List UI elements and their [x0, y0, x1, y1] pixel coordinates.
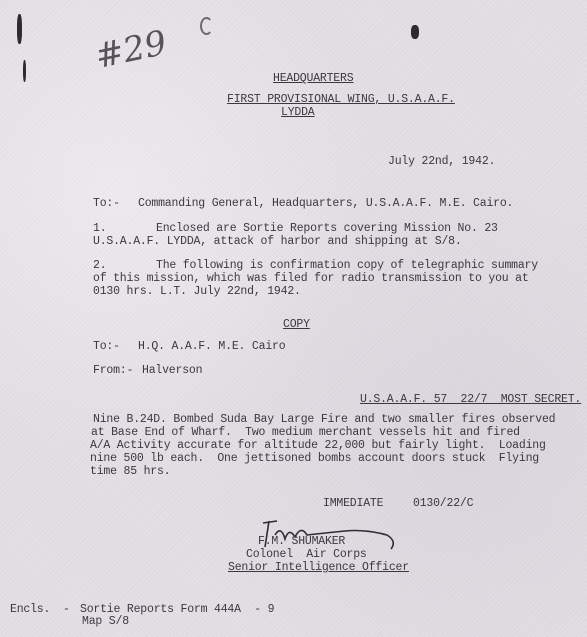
telegram-body-line: A/A Activity accurate for altitude 22,00…: [90, 439, 546, 452]
punch-hole: [200, 17, 213, 35]
telegram-body-line: at Base End of Wharf. Two medium merchan…: [91, 426, 520, 439]
to-recipient: Commanding General, Headquarters, U.S.A.…: [138, 197, 513, 210]
copy-heading: COPY: [283, 318, 310, 331]
ink-blot: [411, 25, 419, 39]
document-date: July 22nd, 1942.: [388, 155, 495, 168]
telegram-body-line: nine 500 lb each. One jettisoned bombs a…: [90, 452, 539, 465]
telegram-body-line: Nine B.24D. Bombed Suda Bay Large Fire a…: [93, 413, 555, 426]
ink-mark: [17, 14, 22, 44]
paragraph-2-line: The following is confirmation copy of te…: [156, 259, 538, 272]
time-reference: 0130/22/C: [413, 497, 473, 510]
copy-to-recipient: H.Q. A.A.F. M.E. Cairo: [138, 340, 285, 353]
priority-label: IMMEDIATE: [323, 497, 383, 510]
copy-from-label: From:-: [93, 364, 133, 377]
paragraph-1-line: U.S.A.A.F. LYDDA, attack of harbor and s…: [93, 235, 462, 248]
paragraph-2-line: of this mission, which was filed for rad…: [93, 272, 529, 285]
paragraph-1-number: 1.: [93, 222, 106, 235]
signatory-name: F.M. SHUMAKER: [258, 535, 345, 548]
enclosures-label: Encls.: [10, 603, 50, 616]
ink-mark: [23, 60, 26, 82]
letterhead-unit: FIRST PROVISIONAL WING, U.S.A.A.F.: [227, 93, 455, 106]
copy-from-sender: Halverson: [142, 364, 202, 377]
signatory-title: Senior Intelligence Officer: [228, 561, 409, 574]
copy-to-label: To:-: [93, 340, 120, 353]
telegram-body-line: time 85 hrs.: [90, 465, 170, 478]
handwritten-number: #29: [92, 23, 171, 77]
to-label: To:-: [93, 197, 120, 210]
paragraph-2-number: 2.: [93, 259, 106, 272]
paragraph-2-line: 0130 hrs. L.T. July 22nd, 1942.: [93, 285, 301, 298]
classification-line: U.S.A.A.F. 57 22/7 MOST SECRET.: [360, 393, 581, 406]
signatory-rank: Colonel Air Corps: [246, 548, 367, 561]
enclosure-item: Map S/8: [82, 615, 129, 628]
paragraph-1-line: Enclosed are Sortie Reports covering Mis…: [156, 222, 498, 235]
letterhead-title: HEADQUARTERS: [273, 72, 353, 85]
letterhead-location: LYDDA: [281, 106, 315, 119]
enclosures-dash: -: [63, 603, 70, 616]
